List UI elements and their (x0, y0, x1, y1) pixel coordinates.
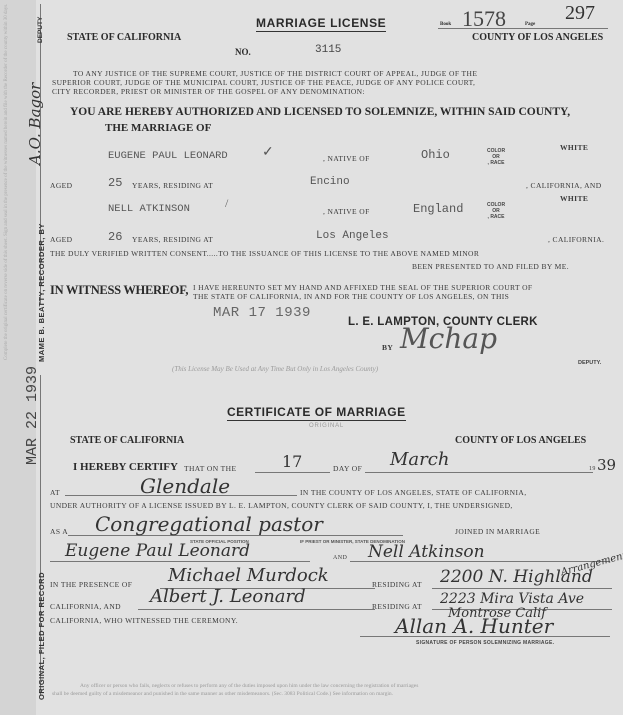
page-label: Page (525, 22, 535, 27)
bride-handwritten: Nell Atkinson (368, 542, 485, 562)
consent-line-1: THE DULY VERIFIED WRITTEN CONSENT.....TO… (50, 249, 479, 258)
at-label: AT (50, 488, 60, 497)
bride-name: NELL ATKINSON (108, 203, 190, 215)
day-rule (255, 472, 330, 473)
marriage-place: Glendale (140, 474, 230, 498)
marriage-day: 17 (282, 452, 302, 471)
groom-native-of-label: , NATIVE OF (323, 154, 370, 163)
license-state: STATE OF CALIFORNIA (67, 32, 181, 43)
certificate-title: CERTIFICATE OF MARRIAGE (227, 405, 406, 421)
marriage-month: March (390, 449, 449, 470)
book-page-rule (438, 28, 608, 29)
license-number: 3115 (315, 44, 341, 56)
bride-checkmark-icon: / (225, 196, 228, 211)
month-rule (365, 472, 593, 473)
usage-note: (This License May Be Used at Any Time Bu… (172, 365, 378, 373)
california-and-label: CALIFORNIA, AND (50, 602, 121, 611)
witness2-residing-label: RESIDING AT (372, 602, 422, 611)
margin-deputy-label: DEPUTY (37, 17, 44, 43)
license-no-label: NO. (235, 47, 251, 57)
deputy-label: DEPUTY. (578, 360, 601, 366)
groom-handwritten: Eugene Paul Leonard (65, 541, 250, 561)
groom-race: WHITE (560, 143, 588, 152)
groom-residence: Encino (310, 176, 350, 188)
bride-native-of-label: , NATIVE OF (323, 207, 370, 216)
day-of-label: DAY OF (333, 464, 362, 473)
bride-color-race-label: COLOROR, RACE (487, 202, 505, 220)
certificate-county: COUNTY OF LOS ANGELES (455, 435, 586, 446)
authorized-line-2: THE MARRIAGE OF (105, 122, 211, 134)
groom-color-race-label: COLOROR, RACE (487, 148, 505, 166)
year-prefix: 19 (589, 466, 596, 472)
groom-rule (50, 561, 310, 562)
certificate-state: STATE OF CALIFORNIA (70, 435, 184, 446)
groom-aged-label: AGED (50, 181, 72, 190)
presence-label: IN THE PRESENCE OF (50, 580, 132, 589)
margin-recorder-text: MAME B. BEATTY, RECORDER, BY (37, 223, 46, 362)
license-title: MARRIAGE LICENSE (256, 16, 386, 32)
groom-years-residing-label: YEARS, RESIDING AT (132, 181, 213, 190)
footnote-line-1: Any officer or person who fails, neglect… (80, 683, 418, 689)
certify-heading: I HEREBY CERTIFY (73, 461, 178, 473)
bride-native-of: England (413, 202, 463, 216)
issue-date-stamp: MAR 17 1939 (213, 305, 311, 321)
witness-heading: IN WITNESS WHEREOF, (50, 283, 188, 298)
witness-line-2: THE STATE OF CALIFORNIA, IN AND FOR THE … (193, 292, 509, 301)
authority-text: UNDER AUTHORITY OF A LICENSE ISSUED BY L… (50, 501, 513, 510)
witness2-address: 2223 Mira Vista Ave (440, 591, 584, 607)
witnessed-text: CALIFORNIA, WHO WITNESSED THE CEREMONY. (50, 616, 238, 625)
bride-age: 26 (108, 230, 122, 244)
book-label: Book (440, 22, 451, 27)
consent-line-2: BEEN PRESENTED TO AND FILED BY ME. (412, 262, 569, 271)
license-county: COUNTY OF LOS ANGELES (472, 32, 603, 43)
groom-california-and-label: , CALIFORNIA, AND (526, 181, 602, 190)
authorized-line-1: YOU ARE HEREBY AUTHORIZED AND LICENSED T… (70, 106, 570, 118)
groom-age: 25 (108, 176, 122, 190)
bride-race: WHITE (560, 194, 588, 203)
that-on-the-label: THAT ON THE (184, 464, 236, 473)
as-a-label: AS A (50, 527, 68, 536)
county-state-text: IN THE COUNTY OF LOS ANGELES, STATE OF C… (300, 488, 527, 497)
witness-line-1: I HAVE HEREUNTO SET MY HAND AND AFFIXED … (193, 283, 532, 292)
officiant-position: Congregational pastor (95, 512, 323, 536)
bride-years-residing-label: YEARS, RESIDING AT (132, 235, 213, 244)
witness1-residing-label: RESIDING AT (372, 580, 422, 589)
joined-label: JOINED IN MARRIAGE (455, 527, 540, 536)
footnote-line-2: shall be deemed guilty of a misdemeanor … (52, 691, 393, 697)
address-line-1: TO ANY JUSTICE OF THE SUPREME COURT, JUS… (73, 69, 477, 78)
certificate-subtitle: ORIGINAL (309, 423, 344, 429)
groom-checkmark-icon: ✓ (262, 144, 274, 161)
margin-recorder-deputy-signature: A.O. Bagor (26, 83, 44, 165)
officiant-signature: Allan A. Hunter (395, 614, 553, 638)
groom-native-of: Ohio (421, 148, 450, 162)
margin-filed-date-stamp: MAR 22 1939 (24, 366, 41, 465)
by-label: BY (382, 343, 393, 352)
witness1-name: Michael Murdock (168, 565, 329, 586)
signature-caption: SIGNATURE OF PERSON SOLEMNIZING MARRIAGE… (416, 640, 554, 646)
marriage-year: 39 (597, 456, 616, 474)
witness1-address-rule (432, 588, 612, 589)
address-line-3: CITY RECORDER, PRIEST OR MINISTER OF THE… (52, 87, 365, 96)
bride-residence: Los Angeles (316, 230, 389, 242)
groom-name: EUGENE PAUL LEONARD (108, 150, 228, 162)
bride-aged-label: AGED (50, 235, 72, 244)
page-number: 297 (565, 2, 595, 25)
witness2-name: Albert J. Leonard (150, 586, 306, 607)
deputy-signature: Mchap (400, 322, 497, 355)
margin-instructions: Complete the original certificate on rev… (4, 4, 10, 360)
marriage-license-document: Complete the original certificate on rev… (0, 0, 623, 715)
witness2-rule (138, 609, 375, 610)
and-label: AND (333, 555, 347, 561)
bride-california-label: , CALIFORNIA. (548, 235, 604, 244)
margin-filed-text: ORIGINAL, FILED FOR RECORD (37, 572, 46, 700)
address-line-2: SUPERIOR COURT, JUDGE OF THE MUNICIPAL C… (52, 78, 475, 87)
